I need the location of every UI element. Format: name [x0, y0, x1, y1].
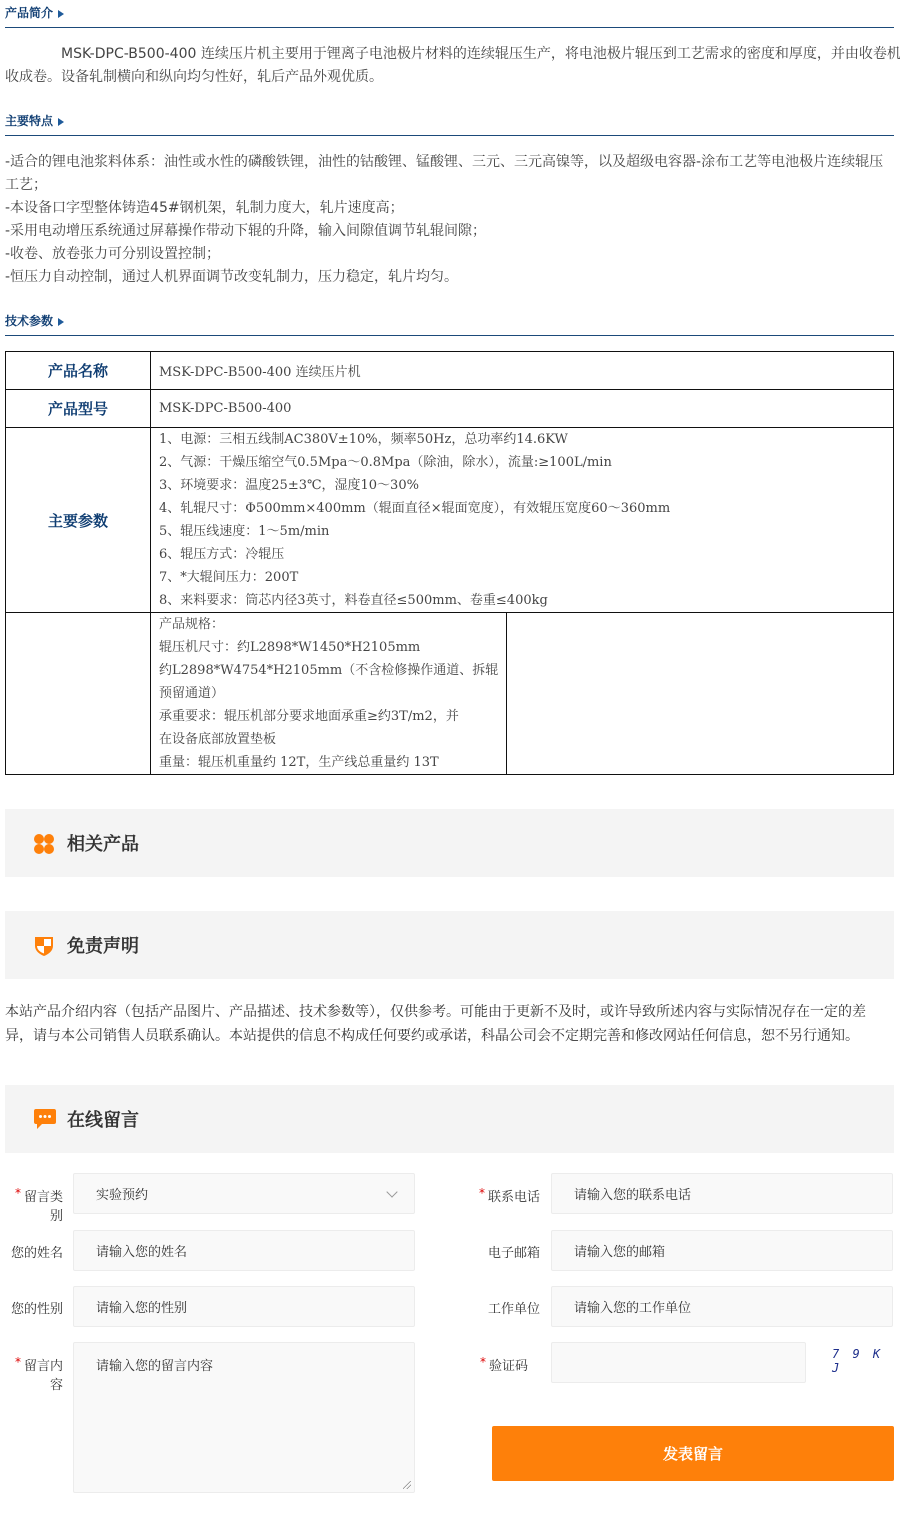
intro-paragraph: MSK-DPC-B500-400 连续压片机主要用于锂离子电池极片材料的连续辊压… — [5, 43, 897, 89]
features-list: -适合的锂电池浆料体系：油性或水性的磷酸铁锂，油性的钴酸锂、锰酸锂、三元、三元高… — [5, 151, 897, 289]
required-mark: * — [479, 1186, 485, 1200]
phone-placeholder: 请输入您的联系电话 — [574, 1184, 691, 1203]
spec-value: MSK-DPC-B500-400 — [151, 390, 894, 428]
disclaimer-line: 本站产品介绍内容（包括产品图片、产品描述、技术参数等），仅供参考。可能由于更新不… — [5, 1000, 895, 1024]
spec-line: 4、轧辊尺寸：Φ500mm×400mm（辊面直径×辊面宽度），有效辊压宽度60～… — [159, 497, 885, 520]
spec-value-list: 产品规格： 辊压机尺寸：约L2898*W1450*H2105mm 约L2898*… — [151, 613, 507, 775]
spec-line: 1、电源：三相五线制AC380V±10%，频率50Hz，总功率约14.6KW — [159, 428, 885, 451]
section-header-specs: 技术参数 — [5, 310, 894, 336]
disclaimer-line: 异，请与本公司销售人员联系确认。本站提供的信息不构成任何要约或承诺，科晶公司会不… — [5, 1024, 895, 1048]
category-select[interactable]: 实验预约 — [73, 1173, 415, 1214]
captcha-label: *验证码 — [478, 1355, 528, 1374]
email-input[interactable]: 请输入您的邮箱 — [551, 1230, 893, 1271]
related-products-panel: 相关产品 — [5, 809, 894, 877]
feature-item: -采用电动增压系统通过屏幕操作带动下辊的升降，输入间隙值调节轧辊间隙； — [5, 220, 897, 243]
spec-table: 产品名称 MSK-DPC-B500-400 连续压片机 产品型号 MSK-DPC… — [5, 351, 894, 775]
disclaimer-panel: 免责声明 — [5, 911, 894, 979]
spec-line: 产品规格： — [159, 613, 498, 636]
online-message-panel: 在线留言 — [5, 1085, 894, 1153]
chat-bubble-icon — [33, 1107, 57, 1131]
phone-input[interactable]: 请输入您的联系电话 — [551, 1173, 893, 1214]
submit-message-button[interactable]: 发表留言 — [492, 1426, 894, 1481]
category-label: *留言类别 — [5, 1186, 63, 1224]
resize-handle[interactable] — [403, 1481, 411, 1489]
spec-line: 在设备底部放置垫板 — [159, 728, 498, 751]
gender-placeholder: 请输入您的性别 — [96, 1297, 187, 1316]
spec-empty-cell — [507, 613, 894, 775]
spec-key: 产品名称 — [6, 352, 151, 390]
required-mark: * — [15, 1355, 21, 1369]
panel-title: 相关产品 — [67, 830, 139, 856]
required-mark: * — [480, 1355, 486, 1369]
section-title-intro: 产品简介 — [5, 4, 64, 21]
triangle-right-icon — [58, 118, 64, 126]
spec-line: 6、辊压方式：冷辊压 — [159, 543, 885, 566]
disclaimer-text: 本站产品介绍内容（包括产品图片、产品描述、技术参数等），仅供参考。可能由于更新不… — [5, 1000, 895, 1048]
name-label: 您的姓名 — [5, 1242, 63, 1261]
company-label: 工作单位 — [478, 1298, 540, 1317]
panel-title: 在线留言 — [67, 1106, 139, 1132]
spec-row: 主要参数 1、电源：三相五线制AC380V±10%，频率50Hz，总功率约14.… — [6, 428, 894, 613]
section-header-features: 主要特点 — [5, 110, 894, 136]
spec-line: 5、辊压线速度：1～5m/min — [159, 520, 885, 543]
submit-label: 发表留言 — [663, 1443, 723, 1464]
spec-line: 8、来料要求：筒芯内径3英寸，料卷直径≤500mm、卷重≤400kg — [159, 589, 885, 612]
spec-line: 辊压机尺寸：约L2898*W1450*H2105mm — [159, 636, 498, 659]
intro-line: MSK-DPC-B500-400 连续压片机主要用于锂离子电池极片材料的连续辊压… — [5, 43, 897, 66]
content-placeholder: 请输入您的留言内容 — [96, 1355, 213, 1374]
content-textarea[interactable]: 请输入您的留言内容 — [73, 1342, 415, 1493]
spec-row: 产品型号 MSK-DPC-B500-400 — [6, 390, 894, 428]
shield-icon — [33, 935, 55, 957]
spec-line: 重量：辊压机重量约 12T，生产线总重量约 13T — [159, 751, 498, 774]
spec-value: MSK-DPC-B500-400 连续压片机 — [151, 352, 894, 390]
captcha-input[interactable] — [551, 1342, 806, 1383]
triangle-right-icon — [58, 318, 64, 326]
spec-key: 产品型号 — [6, 390, 151, 428]
spec-line: 3、环境要求：温度25±3℃，湿度10～30% — [159, 474, 885, 497]
spec-line: 承重要求：辊压机部分要求地面承重≥约3T/m2，并 — [159, 705, 498, 728]
required-mark: * — [15, 1186, 21, 1200]
email-placeholder: 请输入您的邮箱 — [574, 1241, 665, 1260]
panel-title: 免责声明 — [67, 932, 139, 958]
spec-line: 预留通道） — [159, 682, 498, 705]
section-title-specs: 技术参数 — [5, 312, 64, 329]
email-label: 电子邮箱 — [478, 1242, 540, 1261]
section-header-intro: 产品简介 — [5, 2, 894, 28]
gender-label: 您的性别 — [5, 1298, 63, 1317]
triangle-right-icon — [58, 10, 64, 18]
chevron-down-icon — [386, 1186, 397, 1197]
spec-row: 产品名称 MSK-DPC-B500-400 连续压片机 — [6, 352, 894, 390]
intro-line: 收成卷。设备轧制横向和纵向均匀性好，轧后产品外观优质。 — [5, 66, 897, 89]
feature-item: 工艺； — [5, 174, 897, 197]
company-input[interactable]: 请输入您的工作单位 — [551, 1286, 893, 1327]
spec-key — [6, 613, 151, 775]
name-placeholder: 请输入您的姓名 — [96, 1241, 187, 1260]
category-selected-value: 实验预约 — [96, 1184, 148, 1203]
clover-icon — [33, 833, 55, 855]
section-title-features: 主要特点 — [5, 112, 64, 129]
name-input[interactable]: 请输入您的姓名 — [73, 1230, 415, 1271]
company-placeholder: 请输入您的工作单位 — [574, 1297, 691, 1316]
spec-line: 约L2898*W4754*H2105mm（不含检修操作通道、拆辊 — [159, 659, 498, 682]
spec-row: 产品规格： 辊压机尺寸：约L2898*W1450*H2105mm 约L2898*… — [6, 613, 894, 775]
captcha-image[interactable]: 7 9 K J — [832, 1347, 900, 1375]
feature-item: -收卷、放卷张力可分别设置控制； — [5, 243, 897, 266]
feature-item: -本设备口字型整体铸造45#钢机架，轧制力度大，轧片速度高； — [5, 197, 897, 220]
spec-key: 主要参数 — [6, 428, 151, 613]
spec-line: 7、*大辊间压力：200T — [159, 566, 885, 589]
feature-item: -恒压力自动控制，通过人机界面调节改变轧制力，压力稳定，轧片均匀。 — [5, 266, 897, 289]
content-label: *留言内容 — [5, 1355, 63, 1393]
spec-line: 2、气源：干燥压缩空气0.5Mpa～0.8Mpa（除油，除水），流量:≥100L… — [159, 451, 885, 474]
spec-value-list: 1、电源：三相五线制AC380V±10%，频率50Hz，总功率约14.6KW 2… — [151, 428, 894, 613]
gender-input[interactable]: 请输入您的性别 — [73, 1286, 415, 1327]
feature-item: -适合的锂电池浆料体系：油性或水性的磷酸铁锂，油性的钴酸锂、锰酸锂、三元、三元高… — [5, 151, 897, 174]
phone-label: *联系电话 — [478, 1186, 540, 1205]
